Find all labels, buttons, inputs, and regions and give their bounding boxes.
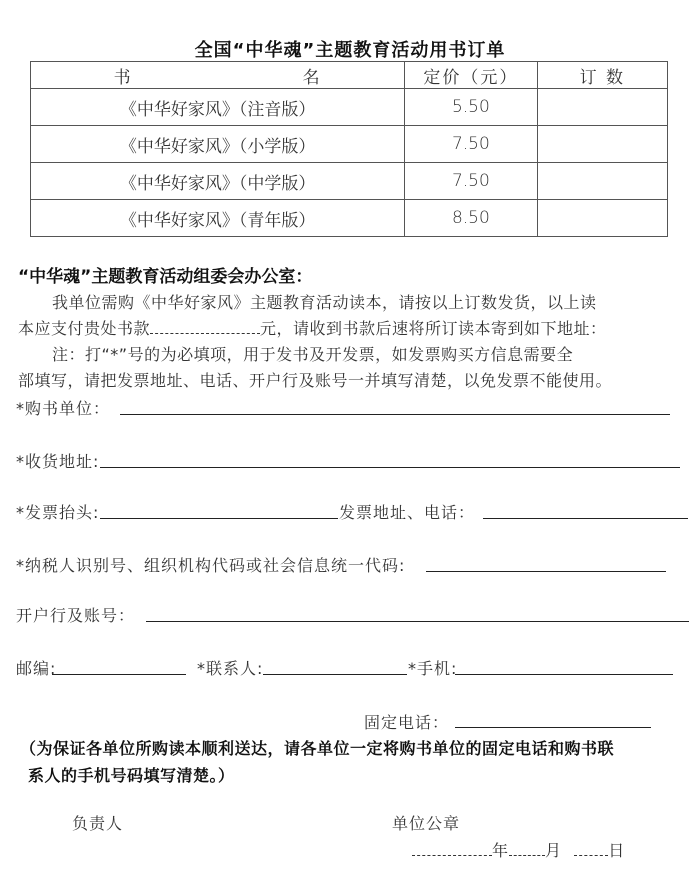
tax-id-input[interactable] [426, 571, 666, 572]
reminder-line-2: 系人的手机号码填写清楚。） [28, 763, 235, 786]
table-row: 《中华好家风》（小学版） 7.50 [31, 126, 668, 163]
date-line: 年月 日 [412, 838, 625, 861]
book-price: 5.50 [405, 89, 537, 126]
year-blank[interactable] [412, 853, 492, 856]
book-name: 《中华好家风》（小学版） [31, 126, 405, 163]
postcode-input[interactable] [52, 674, 186, 675]
book-price: 8.50 [405, 200, 537, 237]
reminder-line-1: （为保证各单位所购读本顺利送达，请各单位一定将购书单位的固定电话和购书联 [20, 736, 614, 759]
book-price: 7.50 [405, 163, 537, 200]
book-name: 《中华好家风》（注音版） [31, 89, 405, 126]
book-name: 《中华好家风》（青年版） [31, 200, 405, 237]
quantity-cell[interactable] [537, 200, 667, 237]
addressee-heading: “中华魂”主题教育活动组委会办公室： [18, 262, 312, 287]
tax-id-label: *纳税人识别号、组织机构代码或社会信息统一代码: [16, 553, 405, 576]
quantity-cell[interactable] [537, 89, 667, 126]
note-line-2: 部填写，请把发票地址、电话、开户行及账号一并填写清楚，以免发票不能使用。 [18, 368, 612, 391]
year-label: 年 [492, 841, 509, 860]
header-book-label-2: 名 [303, 63, 322, 88]
payment-label: 本应支付贵处书款 [18, 319, 150, 338]
table-row: 《中华好家风》（中学版） 7.50 [31, 163, 668, 200]
landline-label: 固定电话： [364, 710, 449, 733]
mobile-input[interactable] [455, 674, 673, 675]
book-name: 《中华好家风》（中学版） [31, 163, 405, 200]
mobile-label: *手机: [408, 656, 457, 679]
table-header-row: 书名 定价（元） 订 数 [31, 62, 668, 89]
book-price: 7.50 [405, 126, 537, 163]
buyer-unit-label: *购书单位： [16, 396, 110, 419]
contact-input[interactable] [263, 674, 407, 675]
header-book-label-1: 书 [114, 63, 133, 88]
day-label: 日 [608, 841, 625, 860]
payment-amount-blank[interactable] [150, 331, 260, 334]
contact-label: *联系人: [197, 656, 263, 679]
month-label: 月 [545, 841, 562, 860]
table-row: 《中华好家风》（注音版） 5.50 [31, 89, 668, 126]
bank-account-label: 开户行及账号： [16, 603, 135, 626]
body-line-2: 本应支付贵处书款元，请收到书款后速将所订读本寄到如下地址： [18, 316, 607, 339]
invoice-title-label: *发票抬头: [16, 500, 99, 523]
quantity-cell[interactable] [537, 126, 667, 163]
payment-suffix: 元，请收到书款后速将所订读本寄到如下地址： [260, 319, 607, 338]
postcode-label: 邮编: [16, 656, 56, 679]
delivery-address-label: *收货地址: [16, 449, 99, 472]
invoice-address-phone-input[interactable] [483, 518, 688, 519]
unit-seal-label: 单位公章 [392, 811, 460, 834]
delivery-address-input[interactable] [100, 467, 680, 468]
buyer-unit-input[interactable] [120, 414, 670, 415]
header-quantity: 订 数 [537, 62, 667, 89]
bank-account-input[interactable] [146, 621, 689, 622]
header-book-name: 书名 [31, 62, 405, 89]
invoice-address-phone-label: 发票地址、电话： [339, 500, 475, 523]
quantity-cell[interactable] [537, 163, 667, 200]
note-line-1: 注：打“*”号的为必填项，用于发书及开发票，如发票购买方信息需要全 [52, 342, 573, 365]
order-table: 书名 定价（元） 订 数 《中华好家风》（注音版） 5.50 《中华好家风》（小… [30, 61, 668, 237]
page-title: 全国“中华魂”主题教育活动用书订单 [0, 36, 700, 62]
person-in-charge-label: 负责人 [72, 811, 123, 834]
day-blank[interactable] [574, 853, 608, 856]
header-price: 定价（元） [405, 62, 537, 89]
body-line-1: 我单位需购《中华好家风》主题教育活动读本，请按以上订数发货，以上读 [52, 290, 597, 313]
table-row: 《中华好家风》（青年版） 8.50 [31, 200, 668, 237]
month-blank[interactable] [509, 853, 545, 856]
invoice-title-input[interactable] [100, 518, 338, 519]
landline-input[interactable] [455, 727, 651, 728]
